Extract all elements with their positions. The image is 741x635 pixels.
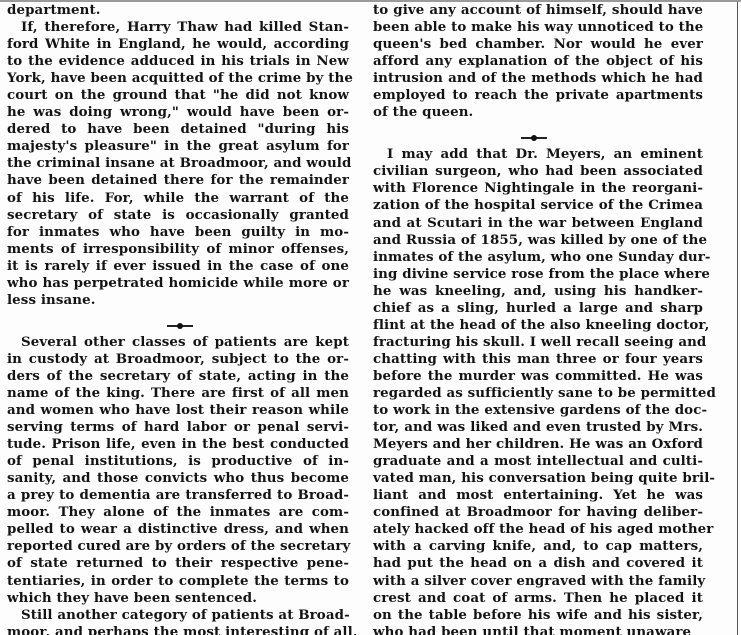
text-line: Still another category of patients at Br…: [7, 607, 349, 624]
text-line: zation of the hospital service of the Cr…: [373, 197, 703, 214]
text-line: civilian surgeon, who had been associate…: [373, 163, 703, 180]
text-line: pelled to wear a distinctive dress, and …: [7, 521, 349, 538]
text-line: ders of the secretary of state, acting i…: [7, 368, 349, 385]
section-separator: [7, 317, 349, 334]
text-line: he was doing wrong," would have been or-: [7, 104, 349, 121]
text-line: queen's bed chamber. Nor would he ever: [373, 36, 703, 53]
text-line: employed to reach the private apartments: [373, 87, 703, 104]
text-line: department.: [7, 2, 349, 19]
text-line: which they have been sentenced.: [7, 590, 349, 607]
text-line: chief as a sling, hurled a large and sha…: [373, 300, 703, 317]
text-line: Meyers and her children. He was an Oxfor…: [373, 436, 703, 453]
spacer: [373, 121, 703, 129]
text-line: of his life. For, while the warrant of t…: [7, 190, 349, 207]
paragraph: to give any account of himself, should h…: [373, 2, 703, 121]
text-line: with Florence Nightingale in the reorgan…: [373, 180, 703, 197]
text-line: the criminal insane at Broadmoor, and wo…: [7, 155, 349, 172]
spacer: [7, 309, 349, 317]
text-line: who had been until that moment unaware: [373, 624, 703, 635]
text-line: York, have been acquitted of the crime b…: [7, 70, 349, 87]
text-line: ments of irresponsibility of minor offen…: [7, 241, 349, 258]
text-line: to work in the extensive gardens of the …: [373, 402, 703, 419]
text-line: intrusion and of the methods which he ha…: [373, 70, 703, 87]
text-line: with a silver cover engraved with the fa…: [373, 573, 703, 590]
text-line: a prey to dementia are transferred to Br…: [7, 487, 349, 504]
ornament-rule-icon: [521, 137, 547, 139]
paragraph: If, therefore, Harry Thaw had killed Sta…: [7, 19, 349, 309]
text-line: crest and coat of arms. Then he placed i…: [373, 590, 703, 607]
text-line: and Russia of 1855, was killed by one of…: [373, 232, 703, 249]
text-line: less insane.: [7, 292, 349, 309]
text-line: to give any account of himself, should h…: [373, 2, 703, 19]
paragraph: department.: [7, 2, 349, 19]
section-separator: [373, 129, 703, 146]
text-line: If, therefore, Harry Thaw had killed Sta…: [7, 19, 349, 36]
text-line: on the table before his wife and his sis…: [373, 607, 703, 624]
text-line: to the evidence adduced in his trials in…: [7, 53, 349, 70]
text-line: tude. Prison life, even in the best cond…: [7, 436, 349, 453]
text-line: ing divine service rose from the place w…: [373, 266, 703, 283]
text-line: inmates of the asylum, who one Sunday du…: [373, 249, 703, 266]
text-line: been able to make his way unnoticed to t…: [373, 19, 703, 36]
text-line: liant and most entertaining. Yet he was: [373, 487, 703, 504]
text-line: of state returned to their respective pe…: [7, 555, 349, 572]
text-line: reported cured are by orders of the secr…: [7, 538, 349, 555]
text-line: name of the king. There are first of all…: [7, 385, 349, 402]
text-line: who has perpetrated homicide while more …: [7, 275, 349, 292]
text-line: regarded as sufficiently sane to be perm…: [373, 385, 703, 402]
text-line: fracturing his skull. I well recall seei…: [373, 334, 703, 351]
text-line: moor, and perhaps the most interesting o…: [7, 624, 349, 635]
text-line: afford any explanation of the object of …: [373, 53, 703, 70]
text-line: with a carving knife, and, to cap matter…: [373, 538, 703, 555]
paragraph: I may add that Dr. Meyers, an eminentciv…: [373, 146, 703, 635]
text-line: majesty's pleasure" in the great asylum …: [7, 138, 349, 155]
left-column: department.If, therefore, Harry Thaw had…: [7, 2, 349, 635]
text-line: it is rarely if ever issued in the case …: [7, 258, 349, 275]
paragraph: Still another category of patients at Br…: [7, 607, 349, 635]
text-line: sanity, and those convicts who thus beco…: [7, 470, 349, 487]
text-line: vated man, his conversation being quite …: [373, 470, 703, 487]
text-line: for inmates who have been guilty in mo-: [7, 224, 349, 241]
text-line: chatting with this man three or four yea…: [373, 351, 703, 368]
text-line: confined at Broadmoor for having deliber…: [373, 504, 703, 521]
text-line: secretary of state is occasionally grant…: [7, 207, 349, 224]
text-line: before the murder was committed. He was: [373, 368, 703, 385]
newspaper-page: department.If, therefore, Harry Thaw had…: [0, 0, 741, 635]
text-line: ately hacked off the head of his aged mo…: [373, 521, 703, 538]
text-line: dered to have been detained "during his: [7, 121, 349, 138]
text-line: tentiaries, in order to complete the ter…: [7, 573, 349, 590]
text-line: of penal institutions, is productive of …: [7, 453, 349, 470]
text-line: Several other classes of patients are ke…: [7, 334, 349, 351]
text-line: I may add that Dr. Meyers, an eminent: [373, 146, 703, 163]
paragraph: Several other classes of patients are ke…: [7, 334, 349, 607]
text-line: he was kneeling, and, using his handker-: [373, 283, 703, 300]
text-line: tor, and was liked and even trusted by M…: [373, 419, 703, 436]
text-line: ford White in England, he would, accordi…: [7, 36, 349, 53]
text-line: in custody at Broadmoor, subject to the …: [7, 351, 349, 368]
text-line: had put the head on a dish and covered i…: [373, 555, 703, 572]
text-line: flint at the head of the also kneeling d…: [373, 317, 703, 334]
ornament-rule-icon: [167, 325, 193, 327]
text-line: court on the ground that "he did not kno…: [7, 87, 349, 104]
text-line: of the queen.: [373, 104, 703, 121]
page-border: [737, 2, 738, 635]
text-line: serving terms of hard labor or penal ser…: [7, 419, 349, 436]
text-line: and at Scutari in the war between Englan…: [373, 215, 703, 232]
text-line: and women who have lost their reason whi…: [7, 402, 349, 419]
right-column: to give any account of himself, should h…: [373, 2, 703, 635]
text-line: have been detained there for the remaind…: [7, 172, 349, 189]
text-line: graduate and a most intellectual and cul…: [373, 453, 703, 470]
text-line: moor. They alone of the inmates are com-: [7, 504, 349, 521]
